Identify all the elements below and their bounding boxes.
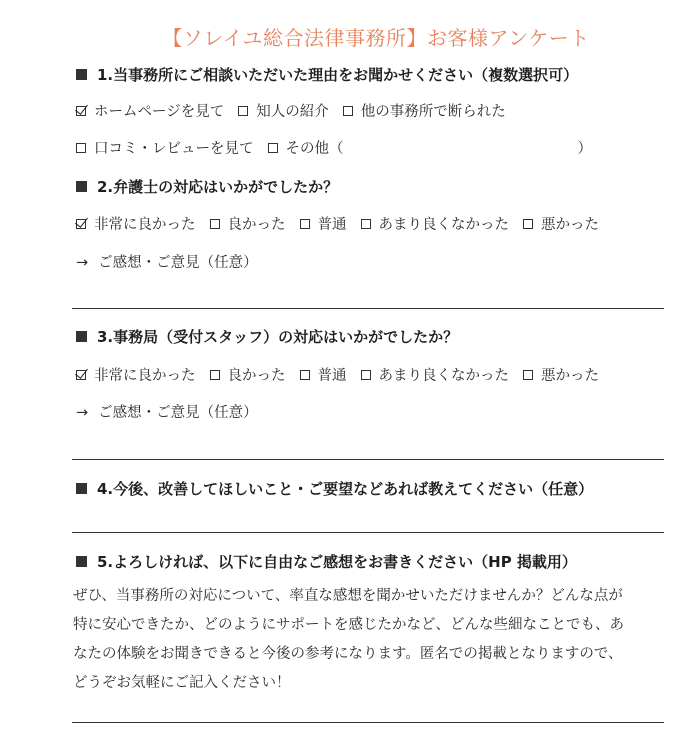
checkbox-icon[interactable]: [343, 106, 353, 116]
checkbox-referral[interactable]: 知人の紹介: [238, 100, 329, 121]
q3-comment-line[interactable]: [72, 459, 664, 460]
checkbox-other[interactable]: その他（: [268, 137, 344, 158]
q2-option-very-good[interactable]: 非常に良かった: [76, 213, 196, 234]
square-bullet-icon: [76, 69, 87, 80]
square-bullet-icon: [76, 483, 87, 494]
question-1-heading: 1.当事務所にご相談いただいた理由をお聞かせください（複数選択可）: [76, 64, 578, 85]
square-bullet-icon: [76, 556, 87, 567]
q2-option-average[interactable]: 普通: [300, 213, 347, 234]
q2-comment-label: →ご感想・ご意見（任意）: [76, 251, 258, 272]
q3-option-good[interactable]: 良かった: [210, 364, 286, 385]
question-1-options-row-2: 口コミ・レビューを見て その他（ ）: [76, 137, 592, 158]
square-bullet-icon: [76, 181, 87, 192]
question-2-text: 2.弁護士の対応はいかがでしたか？: [97, 176, 338, 197]
checkbox-icon[interactable]: [361, 219, 371, 229]
checkbox-icon[interactable]: [76, 143, 86, 153]
checkbox-icon[interactable]: [361, 370, 371, 380]
checkbox-icon[interactable]: [523, 370, 533, 380]
checked-box-icon[interactable]: [76, 370, 86, 380]
q3-comment-label: →ご感想・ご意見（任意）: [76, 401, 258, 422]
survey-title: 【ソレイユ総合法律事務所】お客様アンケート: [0, 22, 692, 51]
question-3-text: 3.事務局（受付スタッフ）の対応はいかがでしたか？: [97, 326, 458, 347]
question-4-heading: 4.今後、改善してほしいこと・ご要望などあれば教えてください（任意）: [76, 478, 593, 499]
q3-option-very-good[interactable]: 非常に良かった: [76, 364, 196, 385]
checkbox-homepage[interactable]: ホームページを見て: [76, 100, 224, 121]
q4-answer-line[interactable]: [72, 532, 664, 533]
q5-answer-line[interactable]: [72, 722, 664, 723]
arrow-right-icon: →: [76, 255, 88, 271]
question-2-heading: 2.弁護士の対応はいかがでしたか？: [76, 176, 338, 197]
square-bullet-icon: [76, 331, 87, 342]
checkbox-icon[interactable]: [300, 219, 310, 229]
question-3-heading: 3.事務局（受付スタッフ）の対応はいかがでしたか？: [76, 326, 458, 347]
q3-option-average[interactable]: 普通: [300, 364, 347, 385]
checked-box-icon[interactable]: [76, 106, 86, 116]
q2-comment-line[interactable]: [72, 308, 664, 309]
checkbox-icon[interactable]: [238, 106, 248, 116]
q2-option-not-good[interactable]: あまり良くなかった: [361, 213, 510, 234]
q2-option-good[interactable]: 良かった: [210, 213, 286, 234]
checkbox-icon[interactable]: [523, 219, 533, 229]
q5-instructions: ぜひ、当事務所の対応について、率直な感想を聞かせいただけませんか？どんな点が 特…: [73, 582, 673, 698]
q3-option-not-good[interactable]: あまり良くなかった: [361, 364, 510, 385]
checkbox-icon[interactable]: [210, 370, 220, 380]
question-1-options-row-1: ホームページを見て 知人の紹介 他の事務所で断られた: [76, 100, 520, 121]
checkbox-icon[interactable]: [300, 370, 310, 380]
checked-box-icon[interactable]: [76, 219, 86, 229]
question-5-heading: 5.よろしければ、以下に自由なご感想をお書きください（HP 掲載用）: [76, 551, 577, 572]
question-4-text: 4.今後、改善してほしいこと・ご要望などあれば教えてください（任意）: [97, 478, 593, 499]
question-5-text: 5.よろしければ、以下に自由なご感想をお書きください（HP 掲載用）: [97, 551, 577, 572]
checkbox-icon[interactable]: [268, 143, 278, 153]
question-2-options: 非常に良かった 良かった 普通 あまり良くなかった 悪かった: [76, 213, 613, 234]
question-1-text: 1.当事務所にご相談いただいた理由をお聞かせください（複数選択可）: [97, 64, 578, 85]
checkbox-reviews[interactable]: 口コミ・レビューを見て: [76, 137, 254, 158]
checkbox-refused-elsewhere[interactable]: 他の事務所で断られた: [343, 100, 506, 121]
question-3-options: 非常に良かった 良かった 普通 あまり良くなかった 悪かった: [76, 364, 613, 385]
checkbox-icon[interactable]: [210, 219, 220, 229]
q3-option-bad[interactable]: 悪かった: [523, 364, 599, 385]
arrow-right-icon: →: [76, 405, 88, 421]
q2-option-bad[interactable]: 悪かった: [523, 213, 599, 234]
